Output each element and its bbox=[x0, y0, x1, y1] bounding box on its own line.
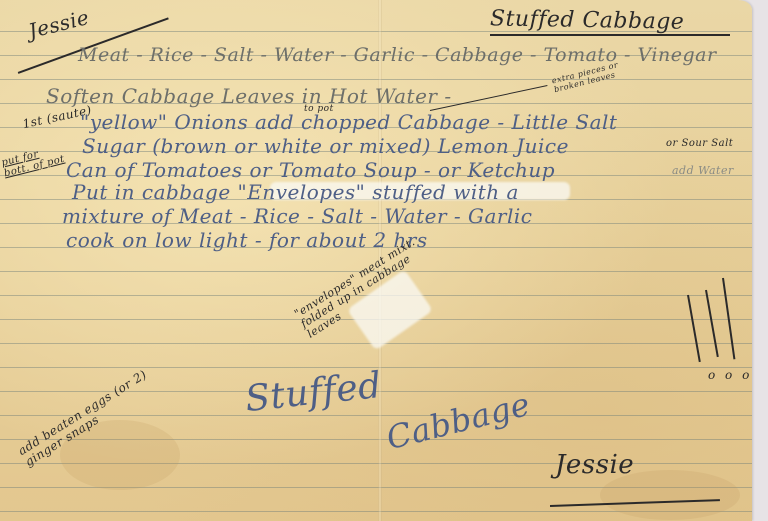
instruction-line-3: Sugar (brown or white or mixed) Lemon Ju… bbox=[82, 134, 569, 158]
ingredients-line: Meat - Rice - Salt - Water - Garlic - Ca… bbox=[78, 44, 717, 66]
annotation-to-pot: to pot bbox=[304, 104, 334, 114]
instruction-line-5: Put in cabbage "Envelopes" stuffed with … bbox=[72, 180, 519, 204]
signature-bottom: Jessie bbox=[555, 450, 634, 480]
title-underline bbox=[490, 34, 730, 36]
instruction-line-7: cook on low light - for about 2 hrs bbox=[66, 228, 428, 252]
instruction-line-4: Can of Tomatoes or Tomato Soup - or Ketc… bbox=[66, 158, 555, 182]
annotation-or-sour-salt: or Sour Salt bbox=[666, 138, 733, 149]
exclamation-dots: o o o bbox=[708, 368, 752, 382]
instruction-line-2: "yellow" Onions add chopped Cabbage - Li… bbox=[80, 110, 617, 134]
instruction-line-1: Soften Cabbage Leaves in Hot Water - bbox=[46, 84, 452, 108]
recipe-paper: Jessie Stuffed Cabbage Meat - Rice - Sal… bbox=[0, 0, 752, 521]
recipe-title: Stuffed Cabbage bbox=[490, 6, 685, 34]
instruction-line-6: mixture of Meat - Rice - Salt - Water - … bbox=[62, 204, 532, 228]
annotation-add-water: add Water bbox=[672, 164, 734, 177]
